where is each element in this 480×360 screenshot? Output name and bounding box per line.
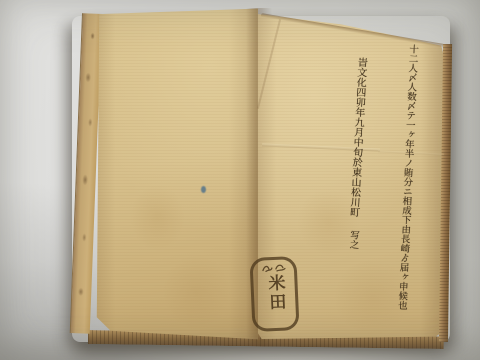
ink-stain-dot bbox=[201, 186, 206, 193]
calligraphy-column-signoff: 写之 bbox=[347, 230, 358, 262]
left-blank-page bbox=[96, 8, 258, 346]
photograph: 十二人〆人数〆テ一ヶ年半ノ賄分ニ相成下由長崎ゟ届ヶ申候也 旹文化四卯年九月中旬於… bbox=[0, 0, 480, 360]
collector-seal-stamp: 米田 bbox=[249, 256, 299, 332]
seal-text: 米田 bbox=[265, 274, 284, 313]
